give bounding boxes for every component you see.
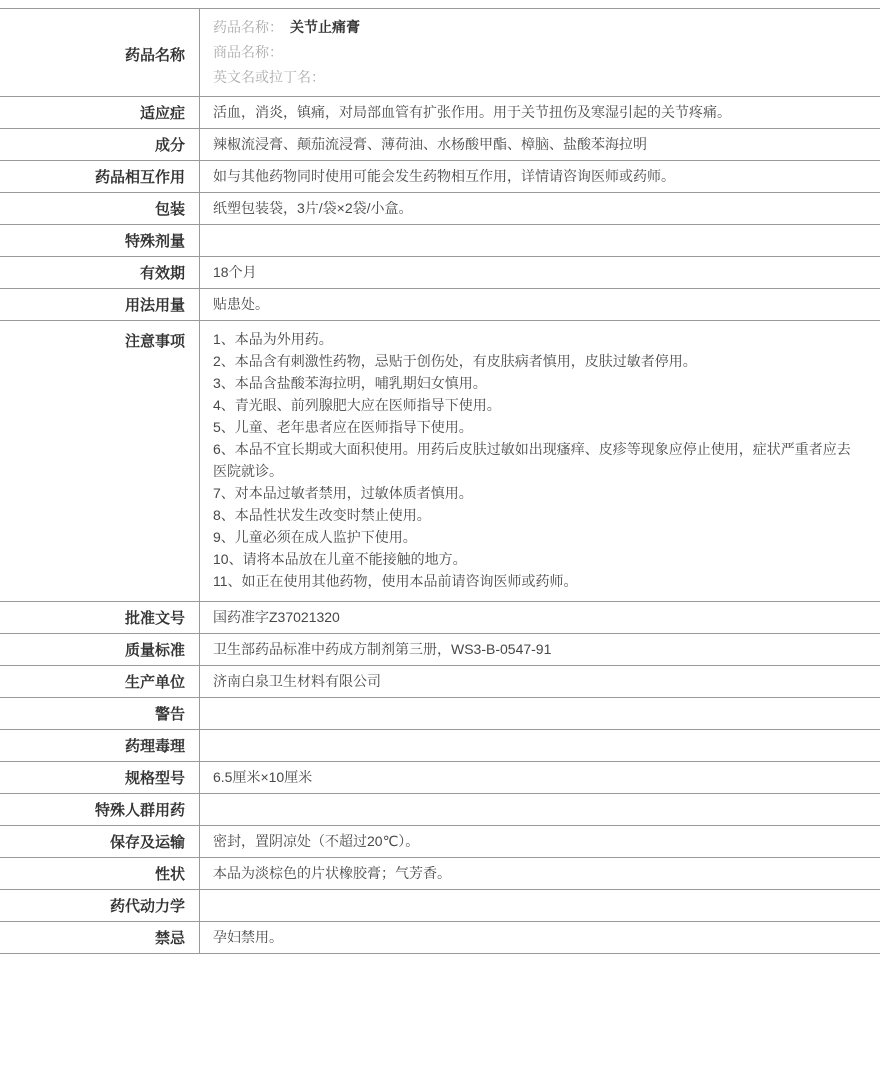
- precaution-item: 8、本品性状发生改变时禁止使用。: [213, 504, 864, 526]
- value-indications: 活血，消炎，镇痛，对局部血管有扩张作用。用于关节扭伤及寒湿引起的关节疼痛。: [200, 97, 880, 128]
- table-row: 警告: [0, 698, 880, 730]
- table-row: 保存及运输 密封，置阴凉处（不超过20℃）。: [0, 826, 880, 858]
- row-label-warning: 警告: [0, 698, 200, 729]
- table-row: 药理毒理: [0, 730, 880, 762]
- precaution-item: 10、请将本品放在儿童不能接触的地方。: [213, 548, 864, 570]
- row-label-special-populations: 特殊人群用药: [0, 794, 200, 825]
- table-row: 生产单位 济南白泉卫生材料有限公司: [0, 666, 880, 698]
- drug-name-key: 药品名称：: [213, 19, 283, 35]
- table-row: 质量标准 卫生部药品标准中药成方制剂第三册，WS3-B-0547-91: [0, 634, 880, 666]
- value-special-populations: [200, 805, 880, 815]
- english-name-key: 英文名或拉丁名：: [213, 69, 325, 85]
- value-shelf-life: 18个月: [200, 257, 880, 288]
- value-drug-interactions: 如与其他药物同时使用可能会发生药物相互作用，详情请咨询医师或药师。: [200, 161, 880, 192]
- table-row: 药代动力学: [0, 890, 880, 922]
- precaution-item: 5、儿童、老年患者应在医师指导下使用。: [213, 416, 864, 438]
- value-quality-standard: 卫生部药品标准中药成方制剂第三册，WS3-B-0547-91: [200, 634, 880, 665]
- drug-info-table: 药品名称 药品名称：关节止痛膏 商品名称： 英文名或拉丁名： 适应症 活血，消炎…: [0, 8, 880, 954]
- value-description: 本品为淡棕色的片状橡胶膏；气芳香。: [200, 858, 880, 889]
- value-packaging: 纸塑包装袋，3片/袋×2袋/小盒。: [200, 193, 880, 224]
- value-special-dosage: [200, 236, 880, 246]
- row-label-drug-name: 药品名称: [0, 9, 200, 96]
- row-label-description: 性状: [0, 858, 200, 889]
- value-usage-dosage: 贴患处。: [200, 289, 880, 320]
- value-warning: [200, 709, 880, 719]
- table-row: 性状 本品为淡棕色的片状橡胶膏；气芳香。: [0, 858, 880, 890]
- table-row: 适应症 活血，消炎，镇痛，对局部血管有扩张作用。用于关节扭伤及寒湿引起的关节疼痛…: [0, 97, 880, 129]
- row-label-ingredients: 成分: [0, 129, 200, 160]
- precaution-item: 3、本品含盐酸苯海拉明，哺乳期妇女慎用。: [213, 372, 864, 394]
- row-label-quality-standard: 质量标准: [0, 634, 200, 665]
- trade-name-line: 商品名称：: [213, 40, 864, 65]
- table-row: 药品相互作用 如与其他药物同时使用可能会发生药物相互作用，详情请咨询医师或药师。: [0, 161, 880, 193]
- row-label-precautions: 注意事项: [0, 321, 200, 601]
- value-specification: 6.5厘米×10厘米: [200, 762, 880, 793]
- value-manufacturer: 济南白泉卫生材料有限公司: [200, 666, 880, 697]
- table-row: 特殊人群用药: [0, 794, 880, 826]
- table-row: 成分 辣椒流浸膏、颠茄流浸膏、薄荷油、水杨酸甲酯、樟脑、盐酸苯海拉明: [0, 129, 880, 161]
- row-label-special-dosage: 特殊剂量: [0, 225, 200, 256]
- row-label-contraindications: 禁忌: [0, 922, 200, 953]
- row-label-drug-interactions: 药品相互作用: [0, 161, 200, 192]
- table-row: 有效期 18个月: [0, 257, 880, 289]
- precaution-item: 4、青光眼、前列腺肥大应在医师指导下使用。: [213, 394, 864, 416]
- table-row: 药品名称 药品名称：关节止痛膏 商品名称： 英文名或拉丁名：: [0, 9, 880, 97]
- row-label-specification: 规格型号: [0, 762, 200, 793]
- table-row: 特殊剂量: [0, 225, 880, 257]
- row-label-packaging: 包装: [0, 193, 200, 224]
- row-label-approval-number: 批准文号: [0, 602, 200, 633]
- row-label-indications: 适应症: [0, 97, 200, 128]
- precaution-item: 9、儿童必须在成人监护下使用。: [213, 526, 864, 548]
- table-row: 注意事项 1、本品为外用药。 2、本品含有刺激性药物，忌贴于创伤处，有皮肤病者慎…: [0, 321, 880, 602]
- trade-name-key: 商品名称：: [213, 44, 283, 60]
- value-drug-name: 药品名称：关节止痛膏 商品名称： 英文名或拉丁名：: [200, 9, 880, 96]
- value-contraindications: 孕妇禁用。: [200, 922, 880, 953]
- value-ingredients: 辣椒流浸膏、颠茄流浸膏、薄荷油、水杨酸甲酯、樟脑、盐酸苯海拉明: [200, 129, 880, 160]
- precaution-item: 2、本品含有刺激性药物，忌贴于创伤处，有皮肤病者慎用，皮肤过敏者停用。: [213, 350, 864, 372]
- table-row: 用法用量 贴患处。: [0, 289, 880, 321]
- value-precautions: 1、本品为外用药。 2、本品含有刺激性药物，忌贴于创伤处，有皮肤病者慎用，皮肤过…: [200, 321, 880, 601]
- value-storage-transport: 密封，置阴凉处（不超过20℃）。: [200, 826, 880, 857]
- table-row: 禁忌 孕妇禁用。: [0, 922, 880, 954]
- precaution-item: 1、本品为外用药。: [213, 328, 864, 350]
- english-name-line: 英文名或拉丁名：: [213, 65, 864, 90]
- value-pharmacokinetics: [200, 901, 880, 911]
- row-label-pharmacokinetics: 药代动力学: [0, 890, 200, 921]
- drug-name-line: 药品名称：关节止痛膏: [213, 15, 864, 40]
- value-pharmacology-toxicology: [200, 741, 880, 751]
- precaution-item: 7、对本品过敏者禁用，过敏体质者慎用。: [213, 482, 864, 504]
- precaution-item: 11、如正在使用其他药物，使用本品前请咨询医师或药师。: [213, 570, 864, 592]
- precaution-item: 6、本品不宜长期或大面积使用。用药后皮肤过敏如出现瘙痒、皮疹等现象应停止使用，症…: [213, 438, 864, 482]
- value-approval-number: 国药准字Z37021320: [200, 602, 880, 633]
- table-row: 批准文号 国药准字Z37021320: [0, 602, 880, 634]
- row-label-shelf-life: 有效期: [0, 257, 200, 288]
- row-label-pharmacology-toxicology: 药理毒理: [0, 730, 200, 761]
- row-label-usage-dosage: 用法用量: [0, 289, 200, 320]
- row-label-manufacturer: 生产单位: [0, 666, 200, 697]
- table-row: 规格型号 6.5厘米×10厘米: [0, 762, 880, 794]
- table-row: 包装 纸塑包装袋，3片/袋×2袋/小盒。: [0, 193, 880, 225]
- row-label-storage-transport: 保存及运输: [0, 826, 200, 857]
- drug-name-value: 关节止痛膏: [290, 19, 360, 35]
